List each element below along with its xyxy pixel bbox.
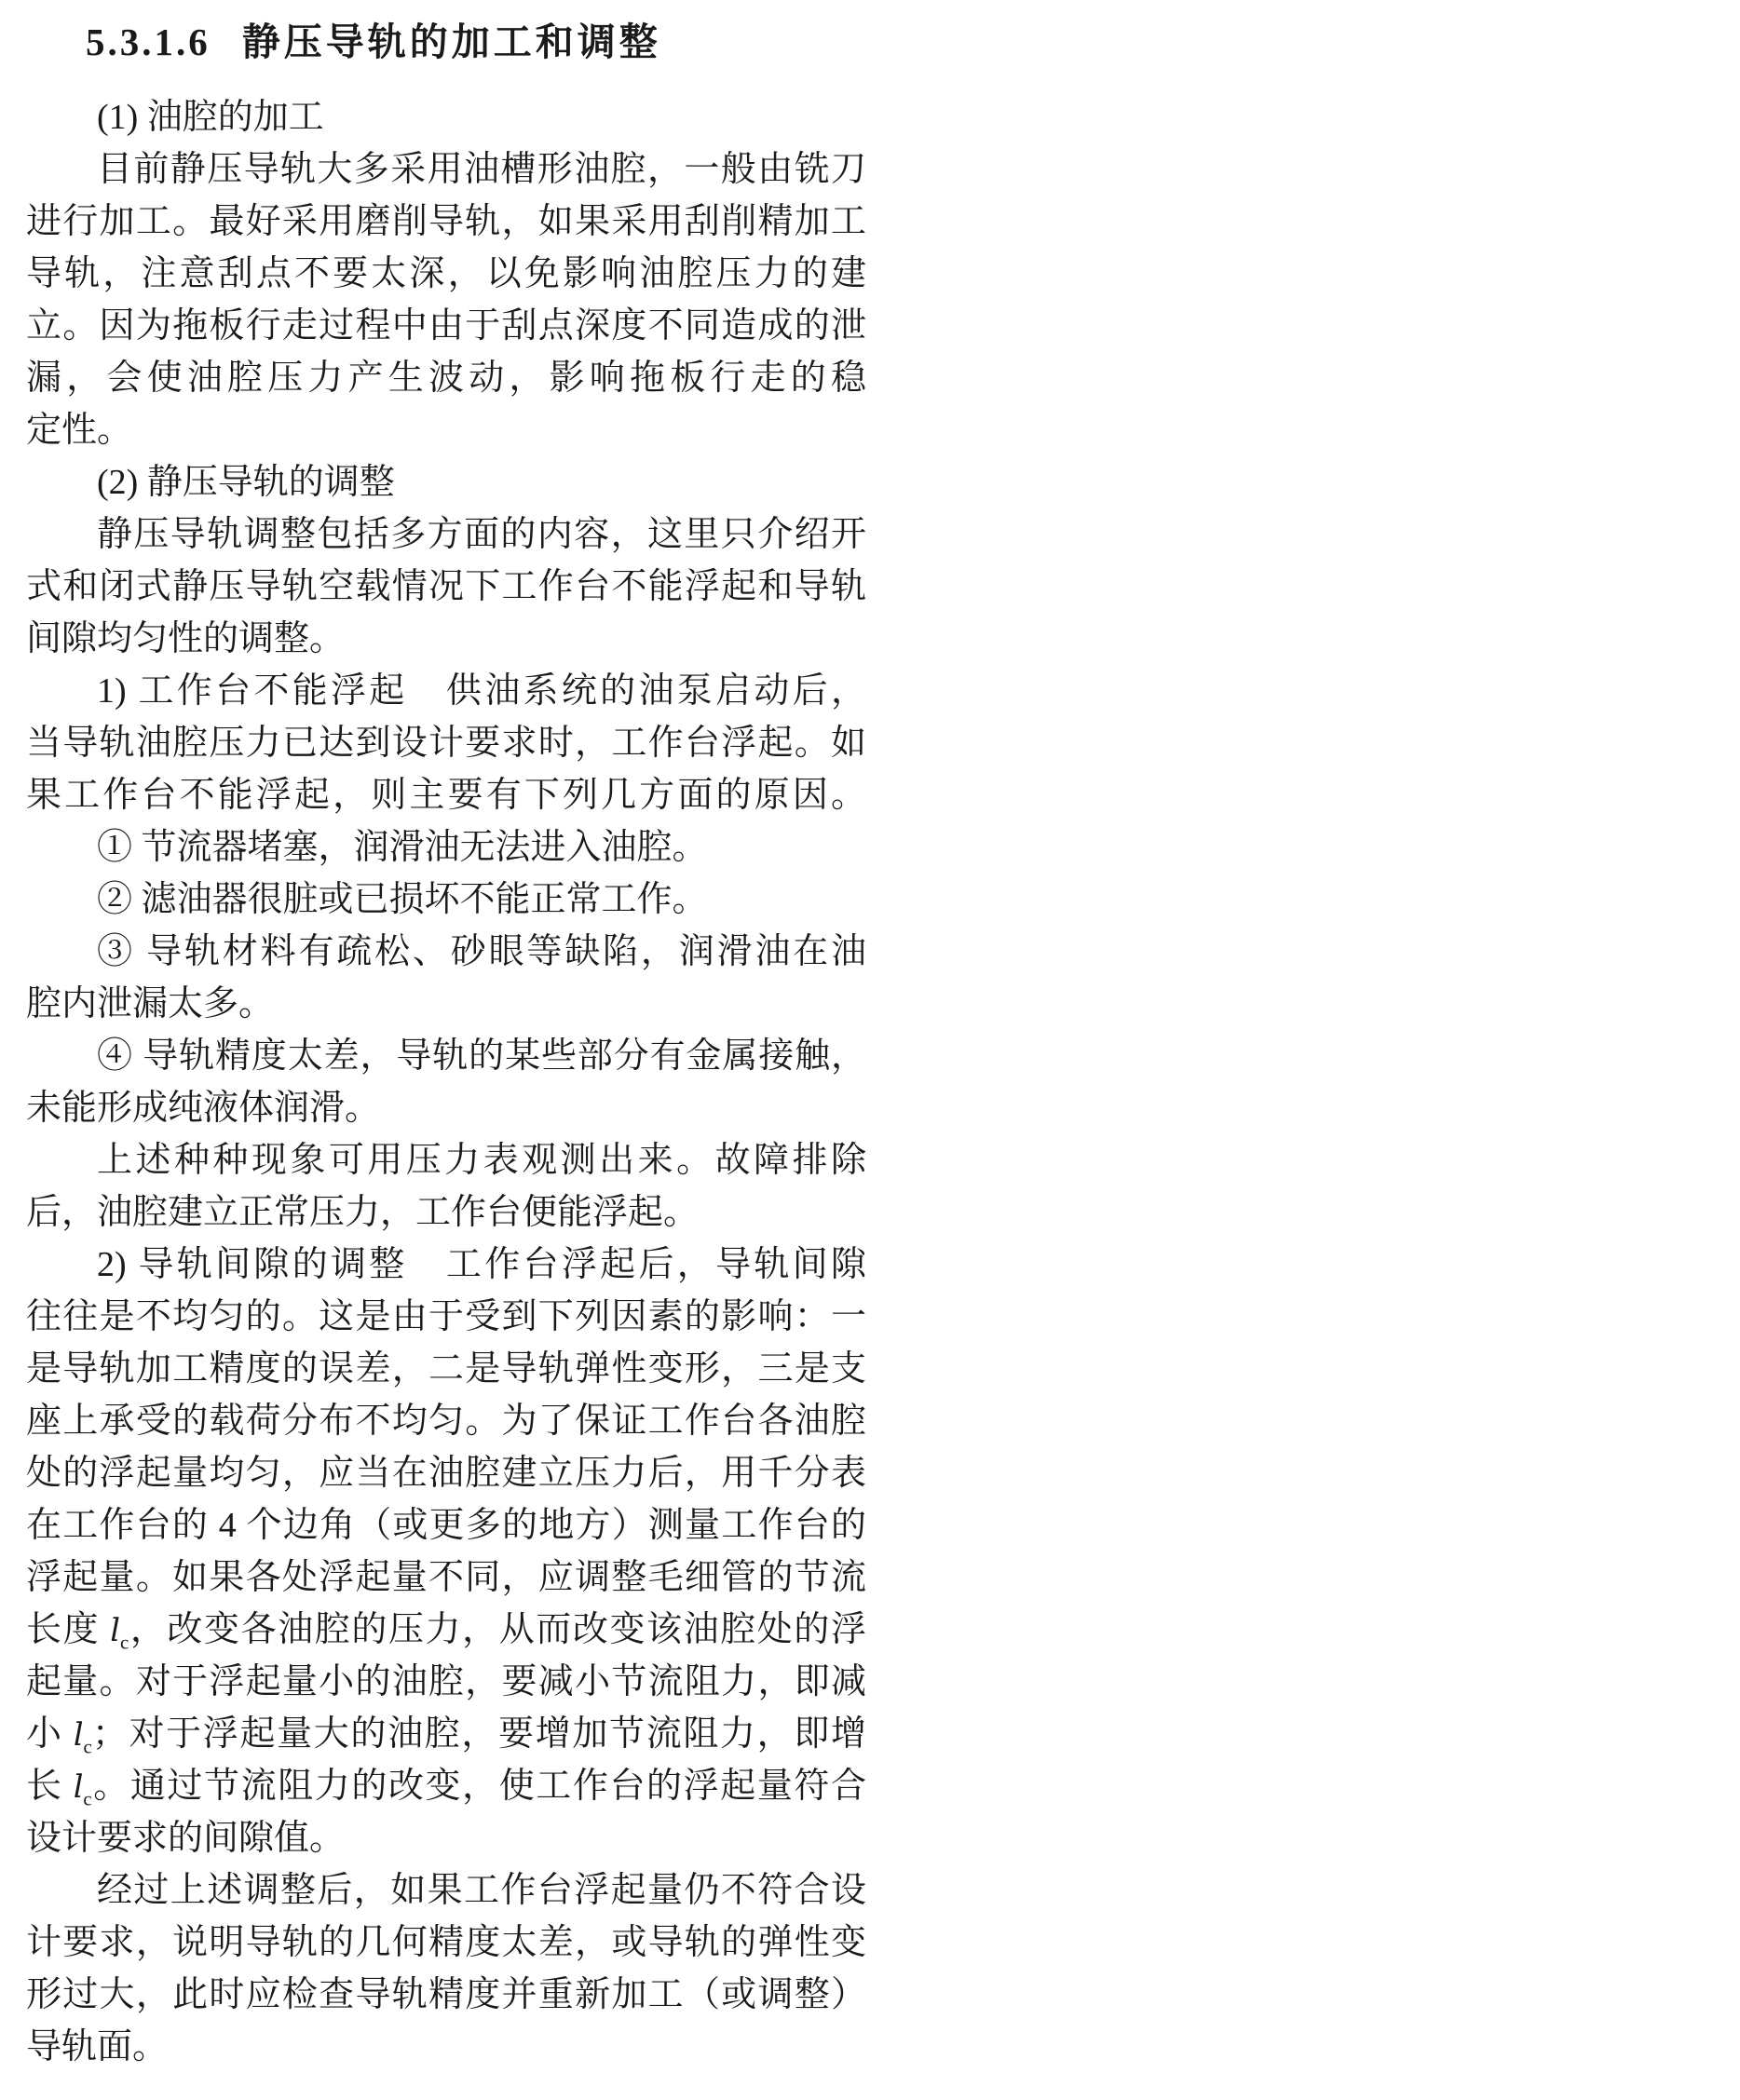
text-run: 在工作台的 4 个边角（或更多的地方）测量工作台的 [26,1506,866,1545]
text-run: 是导轨加工精度的误差，二是导轨弹性变形，三是支 [26,1349,866,1389]
variable-subscript: c [120,1632,129,1654]
text-run: 式和闭式静压导轨空载情况下工作台不能浮起和导轨 [26,567,866,606]
text-run: 目前静压导轨大多采用油槽形油腔，一般由铣刀 [97,150,866,189]
text-run: ② 滤油器很脏或已损坏不能正常工作。 [97,880,708,919]
text-line: 是导轨加工精度的误差，二是导轨弹性变形，三是支 [26,1343,866,1395]
text-line: ① 节流器堵塞，润滑油无法进入油腔。 [26,821,866,874]
variable-subscript: c [84,1736,92,1758]
text-line: 后，油腔建立正常压力，工作台便能浮起。 [26,1186,866,1239]
text-run: ④ 导轨精度太差，导轨的某些部分有金属接触， [97,1036,866,1076]
text-line: 立。因为拖板行走过程中由于刮点深度不同造成的泄 [26,300,866,352]
section-title: 静压导轨的加工和调整 [242,20,661,63]
text-run: 上述种种现象可用压力表观测出来。故障排除 [97,1141,866,1180]
text-run: 未能形成纯液体润滑。 [26,1089,380,1128]
text-line: 果工作台不能浮起，则主要有下列几方面的原因。 [26,769,866,821]
text-run: 小 [26,1714,74,1754]
text-line: 处的浮起量均匀，应当在油腔建立压力后，用千分表 [26,1447,866,1499]
text-line: 在工作台的 4 个边角（或更多的地方）测量工作台的 [26,1499,866,1551]
text-run: 导轨面。 [26,2027,168,2066]
text-line: 上述种种现象可用压力表观测出来。故障排除 [26,1134,866,1186]
text-line: 形过大，此时应检查导轨精度并重新加工（或调整） [26,1969,866,2021]
text-line: ④ 导轨精度太差，导轨的某些部分有金属接触， [26,1030,866,1082]
text-line: 间隙均匀性的调整。 [26,613,866,665]
text-run: 1) 工作台不能浮起 供油系统的油泵启动后， [97,671,866,711]
text-line: 目前静压导轨大多采用油槽形油腔，一般由铣刀 [26,143,866,196]
text-run: 往往是不均匀的。这是由于受到下列因素的影响：一 [26,1297,866,1336]
text-line: 未能形成纯液体润滑。 [26,1082,866,1134]
text-run: 形过大，此时应检查导轨精度并重新加工（或调整） [26,1975,866,2014]
text-run: 经过上述调整后，如果工作台浮起量仍不符合设 [97,1871,866,1910]
text-run: 浮起量。如果各处浮起量不同，应调整毛细管的节流 [26,1558,866,1597]
text-run: ① 节流器堵塞，润滑油无法进入油腔。 [97,828,708,867]
text-run: 间隙均匀性的调整。 [26,619,345,658]
text-run: (2) 静压导轨的调整 [97,463,395,502]
text-line: 腔内泄漏太多。 [26,978,866,1030]
text-line: 导轨面。 [26,2021,866,2073]
text-run: ；对于浮起量大的油腔，要增加节流阻力，即增 [92,1714,866,1754]
text-line: 定性。 [26,404,866,456]
text-line: 经过上述调整后，如果工作台浮起量仍不符合设 [26,1864,866,1917]
text-run: 2) 导轨间隙的调整 工作台浮起后，导轨间隙 [97,1245,866,1284]
text-line: 式和闭式静压导轨空载情况下工作台不能浮起和导轨 [26,561,866,613]
text-run: 座上承受的载荷分布不均匀。为了保证工作台各油腔 [26,1402,866,1441]
text-line: ② 滤油器很脏或已损坏不能正常工作。 [26,874,866,926]
text-line: 进行加工。最好采用磨削导轨，如果采用刮削精加工 [26,196,866,248]
text-run: 处的浮起量均匀，应当在油腔建立压力后，用千分表 [26,1454,866,1493]
text-line: 往往是不均匀的。这是由于受到下列因素的影响：一 [26,1291,866,1343]
text-line: 漏，会使油腔压力产生波动，影响拖板行走的稳 [26,352,866,404]
document-page: 5.3.1.6静压导轨的加工和调整 (1) 油腔的加工目前静压导轨大多采用油槽形… [26,19,866,2073]
text-line: 当导轨油腔压力已达到设计要求时，工作台浮起。如 [26,717,866,769]
text-run: (1) 油腔的加工 [97,98,324,137]
text-run: ，改变各油腔的压力，从而改变该油腔处的浮 [129,1610,866,1649]
text-line: 设计要求的间隙值。 [26,1812,866,1864]
text-line: 长 lc。通过节流阻力的改变，使工作台的浮起量符合 [26,1760,866,1812]
text-line: 座上承受的载荷分布不均匀。为了保证工作台各油腔 [26,1395,866,1447]
text-run: 导轨，注意刮点不要太深，以免影响油腔压力的建 [26,254,866,293]
body-text: (1) 油腔的加工目前静压导轨大多采用油槽形油腔，一般由铣刀进行加工。最好采用磨… [26,91,866,2073]
text-line: 导轨，注意刮点不要太深，以免影响油腔压力的建 [26,248,866,300]
text-line: (1) 油腔的加工 [26,91,866,143]
variable-symbol: l [110,1612,120,1648]
variable-subscript: c [83,1788,91,1810]
section-heading: 5.3.1.6静压导轨的加工和调整 [26,19,866,65]
text-line: 起量。对于浮起量小的油腔，要减小节流阻力，即减 [26,1656,866,1708]
text-run: 计要求，说明导轨的几何精度太差，或导轨的弹性变 [26,1923,866,1962]
text-line: 计要求，说明导轨的几何精度太差，或导轨的弹性变 [26,1917,866,1969]
text-run: 长度 [26,1610,110,1649]
text-run: 腔内泄漏太多。 [26,984,274,1023]
text-line: 1) 工作台不能浮起 供油系统的油泵启动后， [26,665,866,717]
text-run: 果工作台不能浮起，则主要有下列几方面的原因。 [26,776,866,815]
text-run: 定性。 [26,411,132,450]
text-line: 浮起量。如果各处浮起量不同，应调整毛细管的节流 [26,1551,866,1604]
text-line: 长度 lc，改变各油腔的压力，从而改变该油腔处的浮 [26,1604,866,1656]
variable-symbol: l [74,1768,84,1805]
text-run: 静压导轨调整包括多方面的内容，这里只介绍开 [97,515,866,554]
section-number: 5.3.1.6 [86,20,211,63]
text-run: 后，油腔建立正常压力，工作台便能浮起。 [26,1193,699,1232]
text-run: 漏，会使油腔压力产生波动，影响拖板行走的稳 [26,359,866,398]
text-line: (2) 静压导轨的调整 [26,456,866,508]
text-run: 长 [26,1767,74,1806]
text-line: 小 lc；对于浮起量大的油腔，要增加节流阻力，即增 [26,1708,866,1760]
text-run: 起量。对于浮起量小的油腔，要减小节流阻力，即减 [26,1662,866,1701]
text-line: 静压导轨调整包括多方面的内容，这里只介绍开 [26,508,866,561]
text-run: 当导轨油腔压力已达到设计要求时，工作台浮起。如 [26,724,866,763]
text-run: 立。因为拖板行走过程中由于刮点深度不同造成的泄 [26,306,866,345]
scanned-document-page: { "page": { "background": "#ffffff", "te… [0,0,1740,2100]
text-run: 设计要求的间隙值。 [26,1819,345,1858]
text-line: ③ 导轨材料有疏松、砂眼等缺陷，润滑油在油 [26,926,866,978]
text-run: ③ 导轨材料有疏松、砂眼等缺陷，润滑油在油 [97,932,866,971]
text-run: 。通过节流阻力的改变，使工作台的浮起量符合 [92,1767,866,1806]
text-run: 进行加工。最好采用磨削导轨，如果采用刮削精加工 [26,202,866,241]
variable-symbol: l [74,1716,84,1753]
text-line: 2) 导轨间隙的调整 工作台浮起后，导轨间隙 [26,1239,866,1291]
